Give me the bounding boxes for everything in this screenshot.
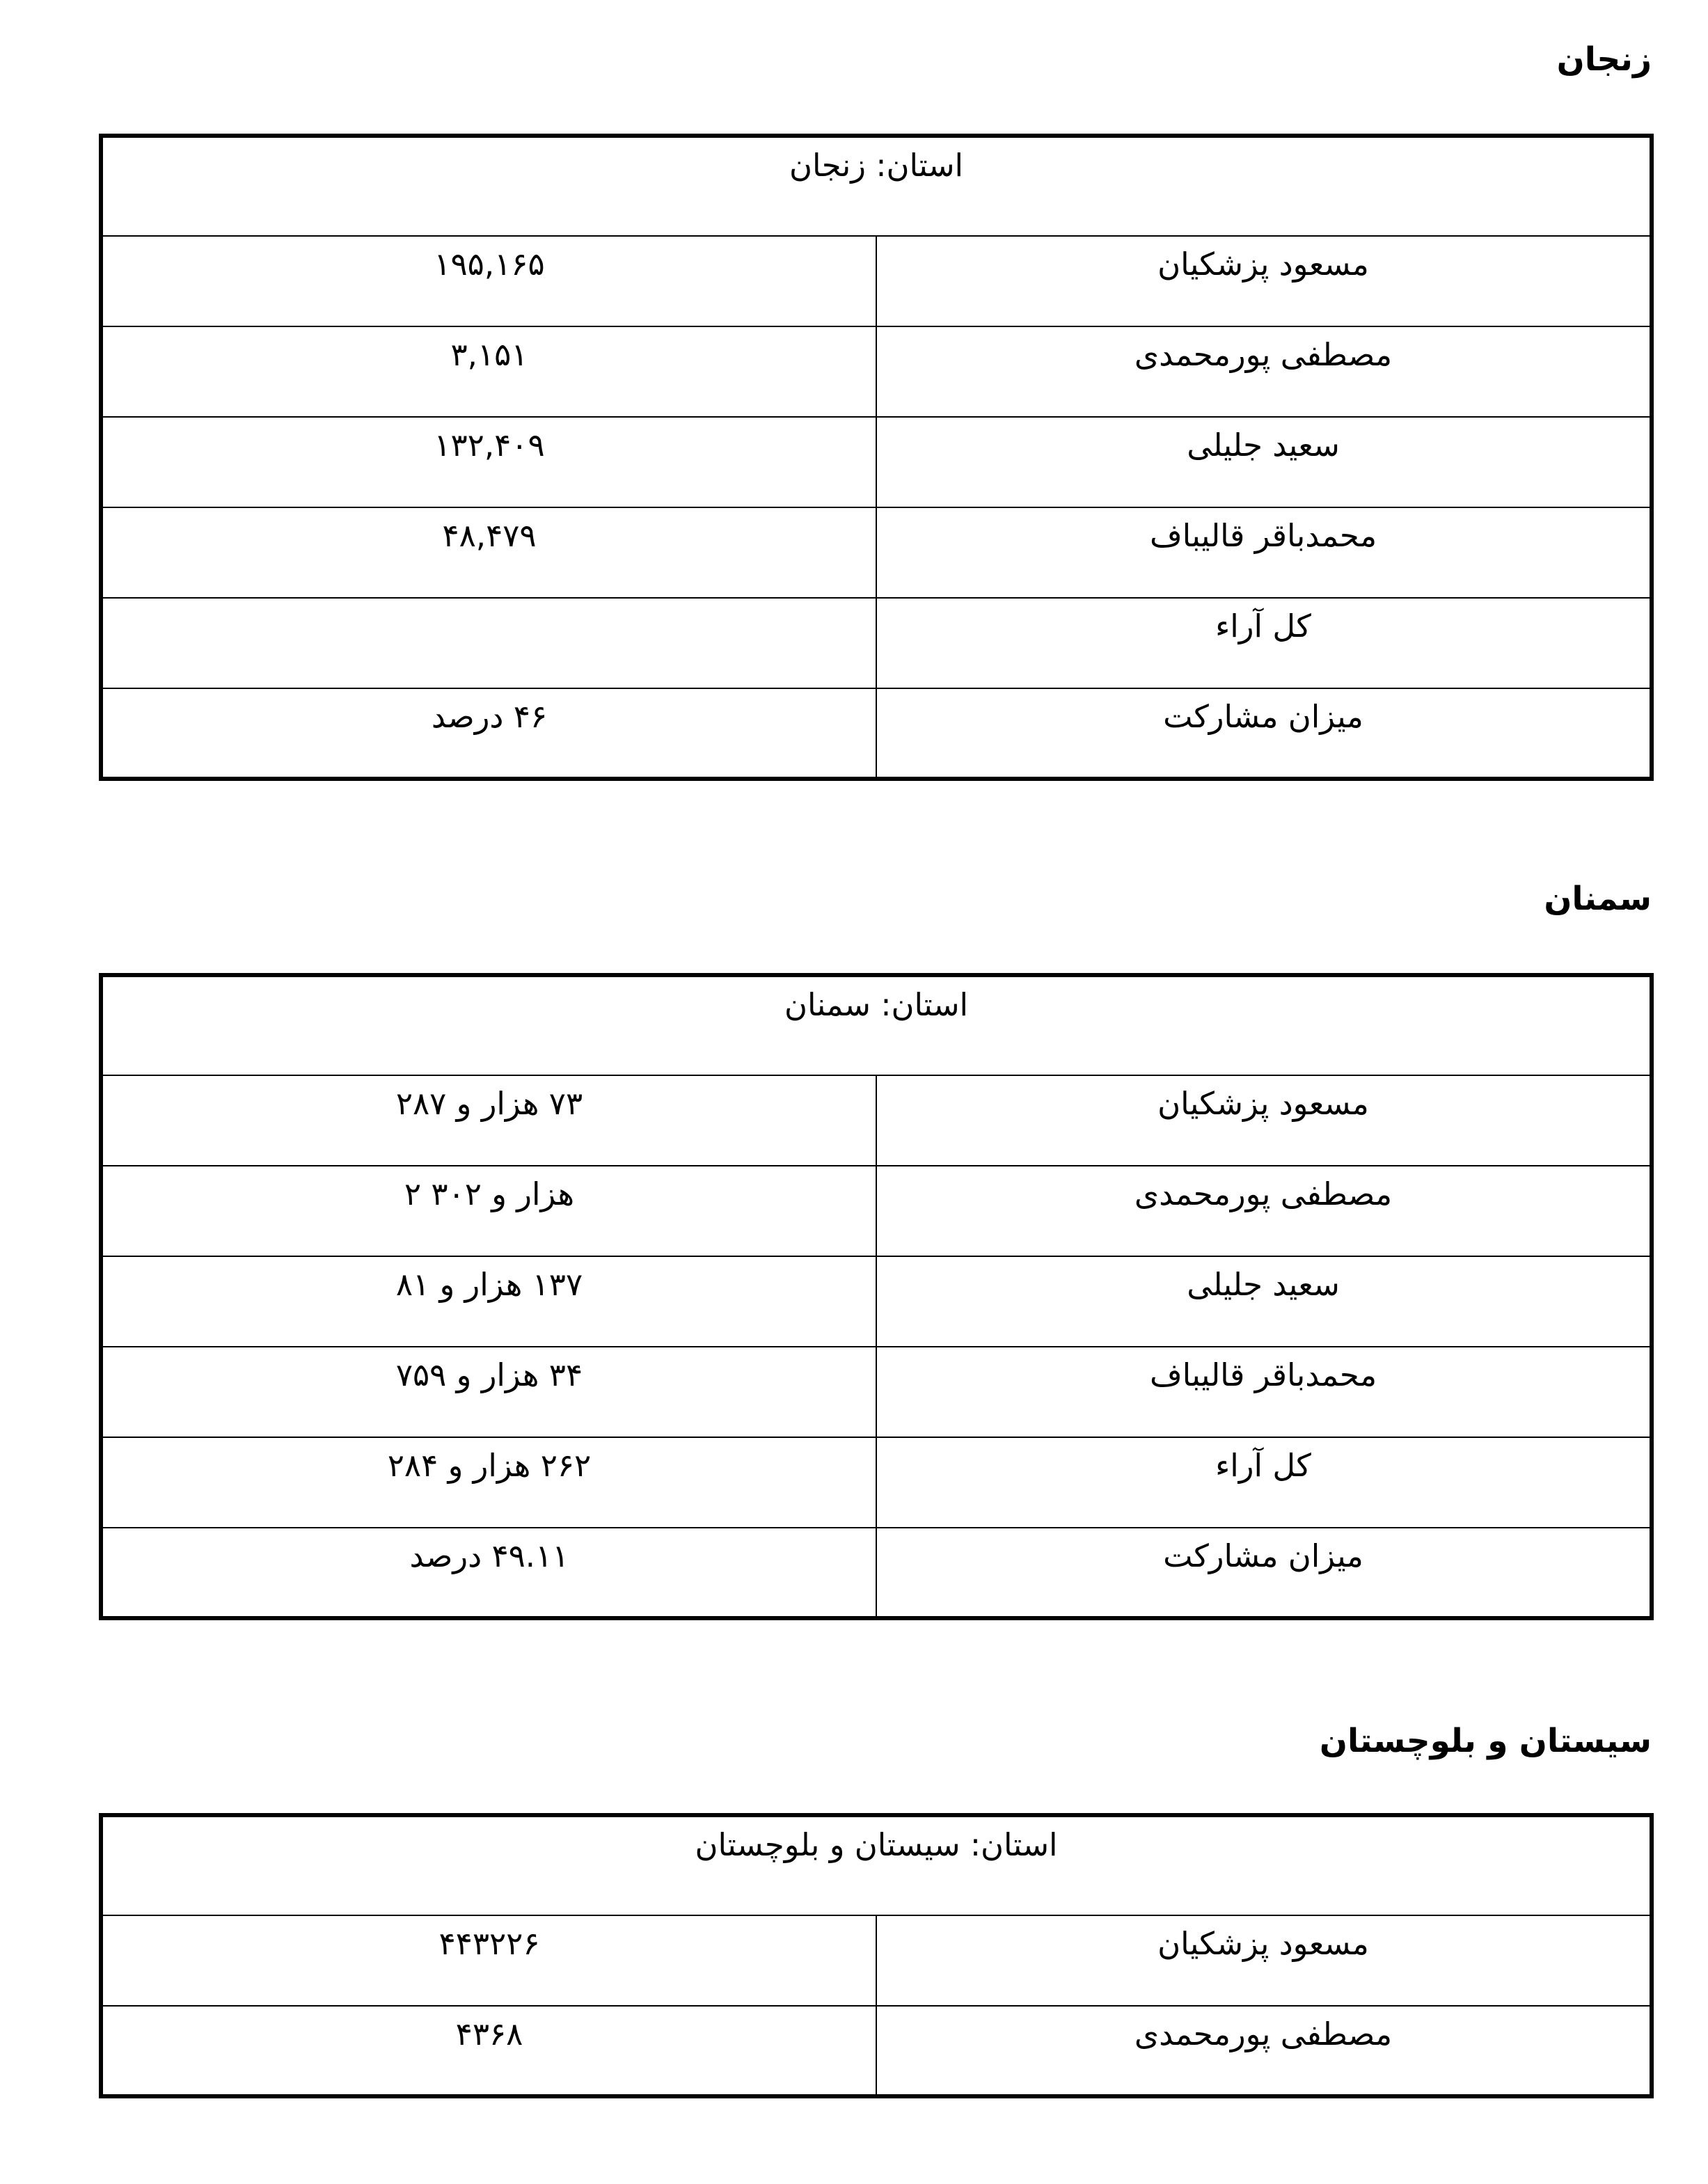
- candidate-label-cell: مصطفی پورمحمدی: [876, 326, 1652, 417]
- results-table-sistan-baluchestan: استان: سیستان و بلوچستان مسعود پزشکیان ۴…: [99, 1813, 1654, 2098]
- turnout-value-cell: ۴۶ درصد: [101, 688, 876, 779]
- table-header-row: استان: زنجان: [101, 136, 1652, 236]
- vote-value-cell: ۳,۱۵۱: [101, 326, 876, 417]
- vote-value-cell: ۱۹۵,۱۶۵: [101, 236, 876, 326]
- section-heading-zanjan: زنجان: [1557, 43, 1652, 76]
- table-row: مسعود پزشکیان ۱۹۵,۱۶۵: [101, 236, 1652, 326]
- results-table-zanjan: استان: زنجان مسعود پزشکیان ۱۹۵,۱۶۵ مصطفی…: [99, 134, 1654, 781]
- turnout-label-cell: میزان مشارکت: [876, 688, 1652, 779]
- candidate-label-cell: سعید جلیلی: [876, 417, 1652, 507]
- table-row: سعید جلیلی ۱۳۲,۴۰۹: [101, 417, 1652, 507]
- table-row: مصطفی پورمحمدی ۳,۱۵۱: [101, 326, 1652, 417]
- candidate-label-cell: سعید جلیلی: [876, 1256, 1652, 1347]
- section-heading-sistan-baluchestan: سیستان و بلوچستان: [1320, 1725, 1652, 1757]
- vote-value-cell: ۱۳۷ هزار و ۸۱: [101, 1256, 876, 1347]
- candidate-label-cell: مسعود پزشکیان: [876, 1075, 1652, 1166]
- turnout-value-cell: ۴۹.۱۱ درصد: [101, 1528, 876, 1618]
- table-row: مصطفی پورمحمدی هزار و ۳۰۲ ۲: [101, 1166, 1652, 1256]
- table-row: میزان مشارکت ۴۶ درصد: [101, 688, 1652, 779]
- vote-value-cell: هزار و ۳۰۲ ۲: [101, 1166, 876, 1256]
- vote-value-cell: ۱۳۲,۴۰۹: [101, 417, 876, 507]
- candidate-label-cell: محمدباقر قالیباف: [876, 1347, 1652, 1437]
- table-row: سعید جلیلی ۱۳۷ هزار و ۸۱: [101, 1256, 1652, 1347]
- table-row: مسعود پزشکیان ۷۳ هزار و ۲۸۷: [101, 1075, 1652, 1166]
- vote-value-cell: ۴۳۶۸: [101, 2006, 876, 2096]
- province-header-cell: استان: زنجان: [101, 136, 1652, 236]
- results-table-semnan: استان: سمنان مسعود پزشکیان ۷۳ هزار و ۲۸۷…: [99, 973, 1654, 1620]
- vote-value-cell: ۴۸,۴۷۹: [101, 507, 876, 598]
- total-votes-label-cell: کل آراء: [876, 598, 1652, 688]
- province-header-cell: استان: سمنان: [101, 975, 1652, 1075]
- candidate-label-cell: مسعود پزشکیان: [876, 236, 1652, 326]
- table-row: مسعود پزشکیان ۴۴۳۲۲۶: [101, 1915, 1652, 2006]
- candidate-label-cell: مسعود پزشکیان: [876, 1915, 1652, 2006]
- vote-value-cell: ۴۴۳۲۲۶: [101, 1915, 876, 2006]
- candidate-label-cell: مصطفی پورمحمدی: [876, 1166, 1652, 1256]
- total-votes-value-cell: [101, 598, 876, 688]
- table-row: محمدباقر قالیباف ۳۴ هزار و ۷۵۹: [101, 1347, 1652, 1437]
- table-row: مصطفی پورمحمدی ۴۳۶۸: [101, 2006, 1652, 2096]
- province-header-cell: استان: سیستان و بلوچستان: [101, 1815, 1652, 1915]
- total-votes-value-cell: ۲۶۲ هزار و ۲۸۴: [101, 1437, 876, 1528]
- table-row: کل آراء ۲۶۲ هزار و ۲۸۴: [101, 1437, 1652, 1528]
- table-row: محمدباقر قالیباف ۴۸,۴۷۹: [101, 507, 1652, 598]
- table-row: میزان مشارکت ۴۹.۱۱ درصد: [101, 1528, 1652, 1618]
- total-votes-label-cell: کل آراء: [876, 1437, 1652, 1528]
- table-header-row: استان: سمنان: [101, 975, 1652, 1075]
- candidate-label-cell: محمدباقر قالیباف: [876, 507, 1652, 598]
- table-row: کل آراء: [101, 598, 1652, 688]
- turnout-label-cell: میزان مشارکت: [876, 1528, 1652, 1618]
- table-header-row: استان: سیستان و بلوچستان: [101, 1815, 1652, 1915]
- candidate-label-cell: مصطفی پورمحمدی: [876, 2006, 1652, 2096]
- vote-value-cell: ۷۳ هزار و ۲۸۷: [101, 1075, 876, 1166]
- section-heading-semnan: سمنان: [1544, 883, 1652, 915]
- vote-value-cell: ۳۴ هزار و ۷۵۹: [101, 1347, 876, 1437]
